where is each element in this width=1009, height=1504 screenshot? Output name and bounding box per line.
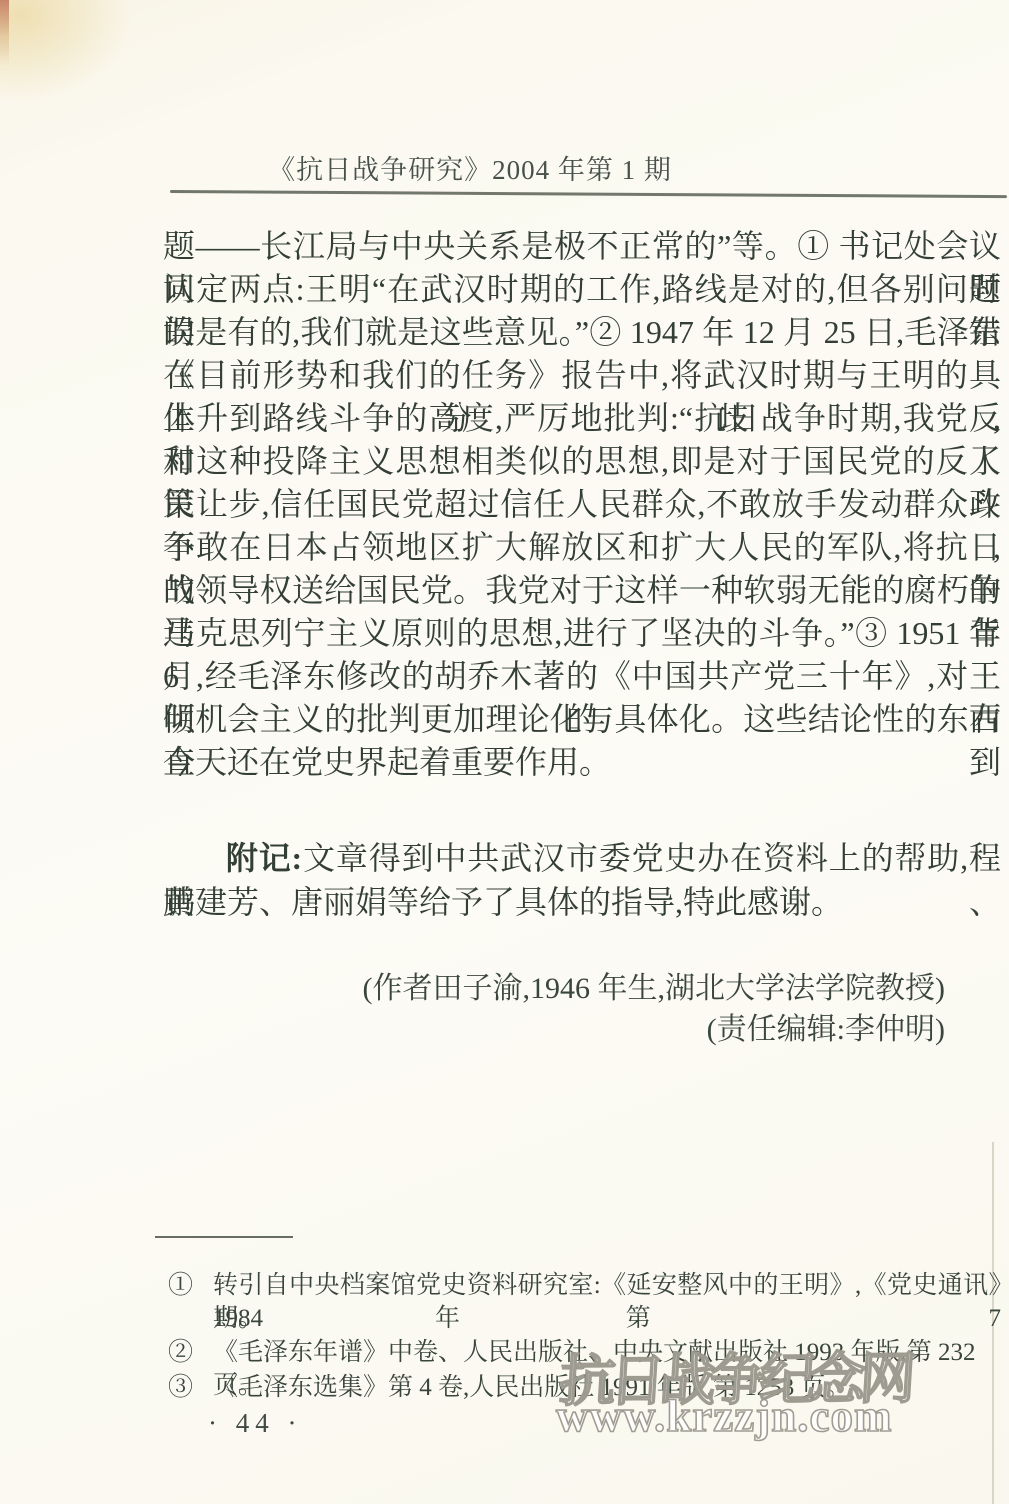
body-line: 不敢在日本占领地区扩大解放区和扩大人民的军队,将抗日战争 (163, 526, 1001, 569)
body-line: 月,经毛泽东修改的胡乔木著的《中国共产党三十年》,对王明的右 (163, 655, 1001, 698)
editor-credit: (责任编辑:李仲明) (163, 1009, 945, 1050)
credits: (作者田子渝,1946 年生,湖北大学法学院教授) (责任编辑:李仲明) (163, 968, 945, 1050)
scan-red-edge-artifact (0, 0, 9, 66)
body-line: 和这种投降主义思想相类似的思想,即是对于国民党的反人民政 (163, 440, 1001, 483)
body-line: 认定两点:王明“在武汉时期的工作,路线是对的,但各别问题的错 (163, 268, 1001, 311)
footnote-text-line: 期。 (213, 1302, 1001, 1335)
journal-running-head: 《抗日战争研究》2004 年第 1 期 (134, 148, 806, 187)
body-line: 的领导权送给国民党。我党对于这样一种软弱无能的腐朽的违背 (163, 569, 1001, 612)
postscript-line: 附记:文章得到中共武汉市委党史办在资料上的帮助,程鹏、 (163, 836, 1001, 880)
footnote-marker: ① (168, 1269, 208, 1302)
postscript: 附记:文章得到中共武汉市委党史办在资料上的帮助,程鹏、 黄建芳、唐丽娟等给予了具… (163, 836, 1001, 924)
scan-smudge-artifact (0, 0, 130, 100)
body-line: 策让步,信任国民党超过信任人民群众,不敢放手发动群众斗争, (163, 483, 1001, 526)
footnote-divider (155, 1236, 293, 1238)
footnote-text-line: 《毛泽东选集》第 4 卷,人民出版社 1991 年版,第 1253 页。 (213, 1371, 1001, 1404)
page-number: · 44 · (208, 1408, 302, 1439)
header-rule (170, 190, 1007, 198)
body-line: 上升到路线斗争的高度,严厉地批判:“抗日战争时期,我党反对了 (163, 397, 1001, 440)
footnote-marker: ② (168, 1336, 208, 1369)
author-credit: (作者田子渝,1946 年生,湖北大学法学院教授) (163, 968, 945, 1009)
footnote-marker: ③ (168, 1371, 208, 1404)
body-line: 《目前形势和我们的任务》报告中,将武汉时期与王明的具体分歧, (163, 354, 1001, 397)
body-line: 题——长江局与中央关系是极不正常的”等。① 书记处会议同时 (163, 225, 1001, 268)
postscript-label: 附记: (225, 840, 302, 876)
article-body: 题——长江局与中央关系是极不正常的”等。① 书记处会议同时 认定两点:王明“在武… (163, 225, 1001, 784)
scanned-journal-page: 《抗日战争研究》2004 年第 1 期 题——长江局与中央关系是极不正常的”等。… (0, 0, 1009, 1504)
body-line: 倾机会主义的批判更加理论化与具体化。这些结论性的东西直到 (163, 698, 1001, 741)
body-line: 误是有的,我们就是这些意见。”② 1947 年 12 月 25 日,毛泽东在 (163, 311, 1001, 354)
body-line: 马克思列宁主义原则的思想,进行了坚决的斗争。”③ 1951 年 6 (163, 612, 1001, 655)
